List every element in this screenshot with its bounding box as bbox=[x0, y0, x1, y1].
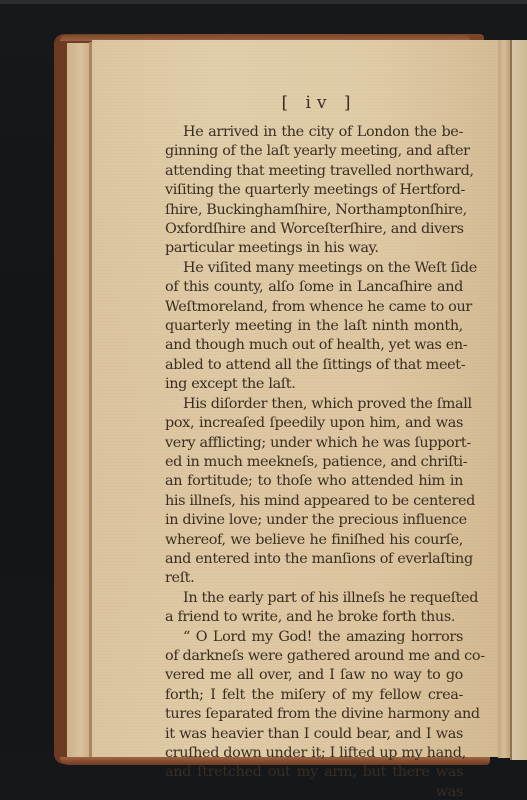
catchword: was bbox=[165, 783, 463, 800]
text-line: a friend to write, and he broke forth th… bbox=[165, 608, 463, 627]
text-line: cruſhed down under it; I lifted up my ha… bbox=[165, 744, 463, 763]
adjacent-page-edge bbox=[512, 40, 527, 760]
text-line: quarterly meeting in the laſt ninth mont… bbox=[165, 317, 463, 336]
text-line: He arrived in the city of London the be- bbox=[165, 123, 463, 142]
text-line: whereof, we believe he finiſhed his cour… bbox=[165, 531, 463, 550]
text-line: “ O Lord my God! the amazing horrors bbox=[165, 628, 463, 647]
top-border bbox=[0, 0, 527, 4]
text-line: His diſorder then, which proved the ſmal… bbox=[165, 395, 463, 414]
text-line: and ſtretched out my arm, but there was bbox=[165, 763, 463, 782]
text-line: of darkneſs were gathered around me and … bbox=[165, 647, 463, 666]
text-line: abled to attend all the ſittings of that… bbox=[165, 356, 463, 375]
text-line: his illneſs, his mind appeared to be cen… bbox=[165, 492, 463, 511]
body-text: He arrived in the city of London the be-… bbox=[165, 123, 463, 783]
text-line: Weſtmoreland, from whence he came to our bbox=[165, 298, 463, 317]
text-line: particular meetings in his way. bbox=[165, 239, 463, 258]
text-line: viſiting the quarterly meetings of Hertf… bbox=[165, 181, 463, 200]
text-line: of this county, alſo ſome in Lancaſhire … bbox=[165, 278, 463, 297]
page-fore-edge bbox=[498, 40, 510, 758]
page-number-header: [ iv ] bbox=[165, 88, 463, 118]
text-line: and entered into the manſions of everlaſ… bbox=[165, 550, 463, 569]
text-line: attending that meeting travelled northwa… bbox=[165, 162, 463, 181]
text-line: In the early part of his illneſs he requ… bbox=[165, 589, 463, 608]
text-line: very afflicting; under which he was ſupp… bbox=[165, 434, 463, 453]
gutter-flyleaf bbox=[67, 43, 91, 757]
text-line: an fortitude; to thoſe who attended him … bbox=[165, 472, 463, 491]
text-line: Oxfordſhire and Worceſterſhire, and dive… bbox=[165, 220, 463, 239]
text-line: pox, increaſed ſpeedily upon him, and wa… bbox=[165, 414, 463, 433]
text-line: ginning of the laſt yearly meeting, and … bbox=[165, 142, 463, 161]
text-line: He viſited many meetings on the Weſt ſid… bbox=[165, 259, 463, 278]
text-line: tures ſeparated from the divine harmony … bbox=[165, 705, 463, 724]
text-line: in divine love; under the precious influ… bbox=[165, 511, 463, 530]
text-line: ſhire, Buckinghamſhire, Northamptonſhire… bbox=[165, 201, 463, 220]
text-line: vered me all over, and I ſaw no way to g… bbox=[165, 666, 463, 685]
page-text-block: [ iv ] He arrived in the city of London … bbox=[165, 88, 463, 800]
text-line: ing except the laſt. bbox=[165, 375, 463, 394]
text-line: it was heavier than I could bear, and I … bbox=[165, 725, 463, 744]
text-line: and though much out of health, yet was e… bbox=[165, 336, 463, 355]
text-line: forth; I felt the miſery of my fellow cr… bbox=[165, 686, 463, 705]
text-line: reſt. bbox=[165, 569, 463, 588]
text-line: ed in much meekneſs, patience, and chriſ… bbox=[165, 453, 463, 472]
